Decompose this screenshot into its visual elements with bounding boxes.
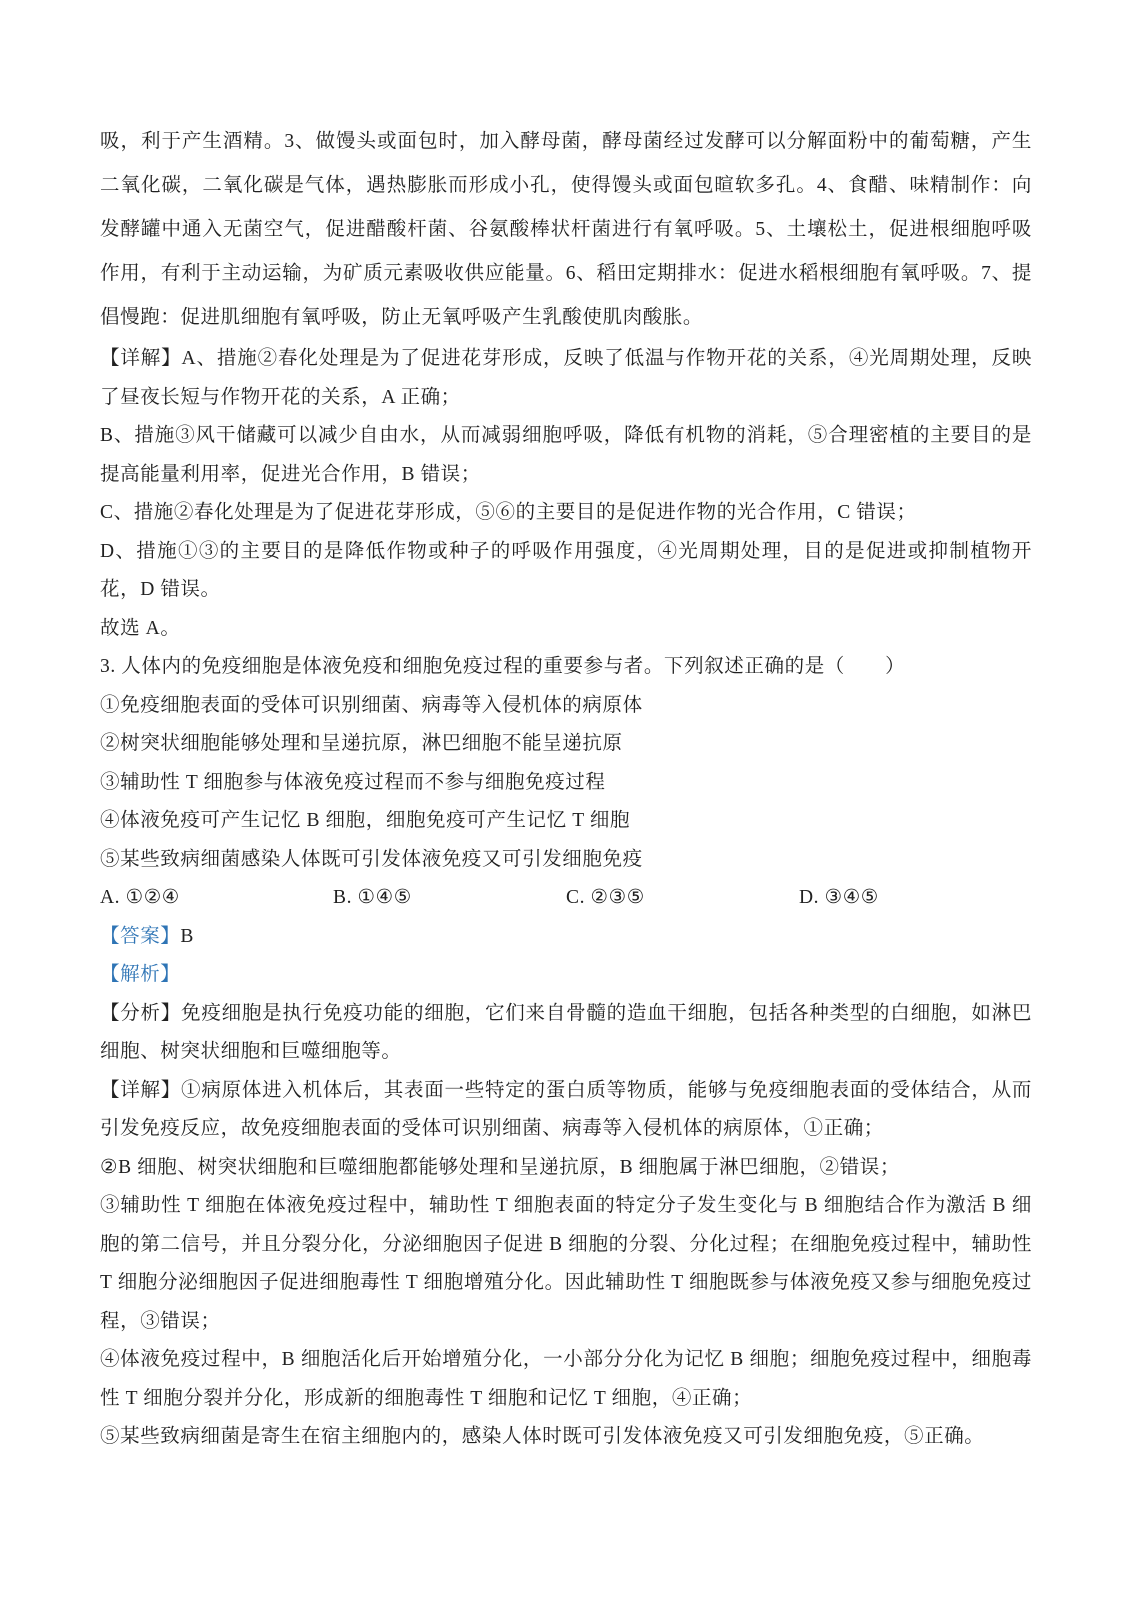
q3-statement-4: ④体液免疫可产生记忆 B 细胞，细胞免疫可产生记忆 T 细胞 [100,802,1032,841]
q3-statement-5: ⑤某些致病细菌感染人体既可引发体液免疫又可引发细胞免疫 [100,841,1032,880]
document-page: 吸，利于产生酒精。3、做馒头或面包时，加入酵母菌，酵母菌经过发酵可以分解面粉中的… [0,0,1131,1600]
q2-detail-option-c: C、措施②春化处理是为了促进花芽形成，⑤⑥的主要目的是促进作物的光合作用，C 错… [100,494,1032,533]
q2-detail-option-d: D、措施①③的主要目的是降低作物或种子的呼吸作用强度，④光周期处理，目的是促进或… [100,533,1032,610]
q3-answer-line: 【答案】B [100,918,1032,957]
q3-options-row: A. ①②④ B. ①④⑤ C. ②③⑤ D. ③④⑤ [100,879,1032,918]
q3-option-a: A. ①②④ [100,879,333,918]
q3-detail-statement-4: ④体液免疫过程中，B 细胞活化后开始增殖分化，一小部分分化为记忆 B 细胞；细胞… [100,1341,1032,1418]
q3-detail-statement-2: ②B 细胞、树突状细胞和巨噬细胞都能够处理和呈递抗原，B 细胞属于淋巴细胞，②错… [100,1149,1032,1188]
q3-stem: 3. 人体内的免疫细胞是体液免疫和细胞免疫过程的重要参与者。下列叙述正确的是（ … [100,648,1032,687]
q3-detail-statement-5: ⑤某些致病细菌是寄生在宿主细胞内的，感染人体时既可引发体液免疫又可引发细胞免疫，… [100,1418,1032,1457]
q3-statement-1: ①免疫细胞表面的受体可识别细菌、病毒等入侵机体的病原体 [100,687,1032,726]
analysis-header-label: 【解析】 [100,956,1032,995]
q2-analysis-continuation: 吸，利于产生酒精。3、做馒头或面包时，加入酵母菌，酵母菌经过发酵可以分解面粉中的… [100,120,1032,340]
answer-label: 【答案】 [100,926,180,947]
q3-option-d: D. ③④⑤ [799,879,1032,918]
q3-detail-statement-3: ③辅助性 T 细胞在体液免疫过程中，辅助性 T 细胞表面的特定分子发生变化与 B… [100,1187,1032,1341]
q2-detail-option-a: 【详解】A、措施②春化处理是为了促进花芽形成，反映了低温与作物开花的关系，④光周… [100,340,1032,417]
q3-analysis-paragraph: 【分析】免疫细胞是执行免疫功能的细胞，它们来自骨髓的造血干细胞，包括各种类型的白… [100,995,1032,1072]
q3-option-c: C. ②③⑤ [566,879,799,918]
q3-option-b: B. ①④⑤ [333,879,566,918]
answer-value: B [180,926,194,947]
q3-detail-statement-1: 【详解】①病原体进入机体后，其表面一些特定的蛋白质等物质，能够与免疫细胞表面的受… [100,1072,1032,1149]
q2-conclusion: 故选 A。 [100,610,1032,649]
q3-statement-3: ③辅助性 T 细胞参与体液免疫过程而不参与细胞免疫过程 [100,764,1032,803]
q2-detail-option-b: B、措施③风干储藏可以减少自由水，从而减弱细胞呼吸，降低有机物的消耗，⑤合理密植… [100,417,1032,494]
q3-statement-2: ②树突状细胞能够处理和呈递抗原，淋巴细胞不能呈递抗原 [100,725,1032,764]
